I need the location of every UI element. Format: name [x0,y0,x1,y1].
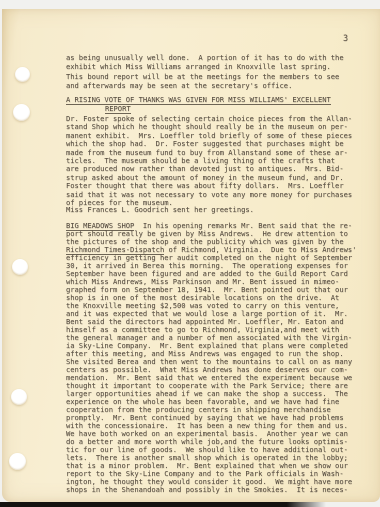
document-page: 3 as being unusually well done. A portio… [2,9,380,502]
big-meadows-text-2: of Richmond, Virginia. Due to Miss Andre… [66,245,356,494]
punch-hole [15,67,30,82]
heading-line2: REPORT [105,104,131,114]
page-number: 3 [343,34,348,44]
paragraph-greetings: Miss Frances L. Goodrich sent her greeti… [66,206,374,214]
paragraph-big-meadows: BIG MEADOWS SHOP In his opening remarks … [66,222,374,494]
punch-hole [9,453,26,470]
scan-background: 3 as being unusually well done. A portio… [0,0,380,507]
paragraph-report-exhibit: as being unusually well done. A portion … [66,53,374,91]
paragraph-museum-pieces: Dr. Foster spoke of selecting certain ch… [66,115,374,207]
punch-hole [11,389,27,405]
punch-hole [13,104,30,121]
section-heading-rising-vote: A RISING VOTE OF THANKS WAS GIVEN FOR MI… [66,95,374,114]
scan-edge-shadow [0,502,326,507]
punch-hole [12,259,28,275]
